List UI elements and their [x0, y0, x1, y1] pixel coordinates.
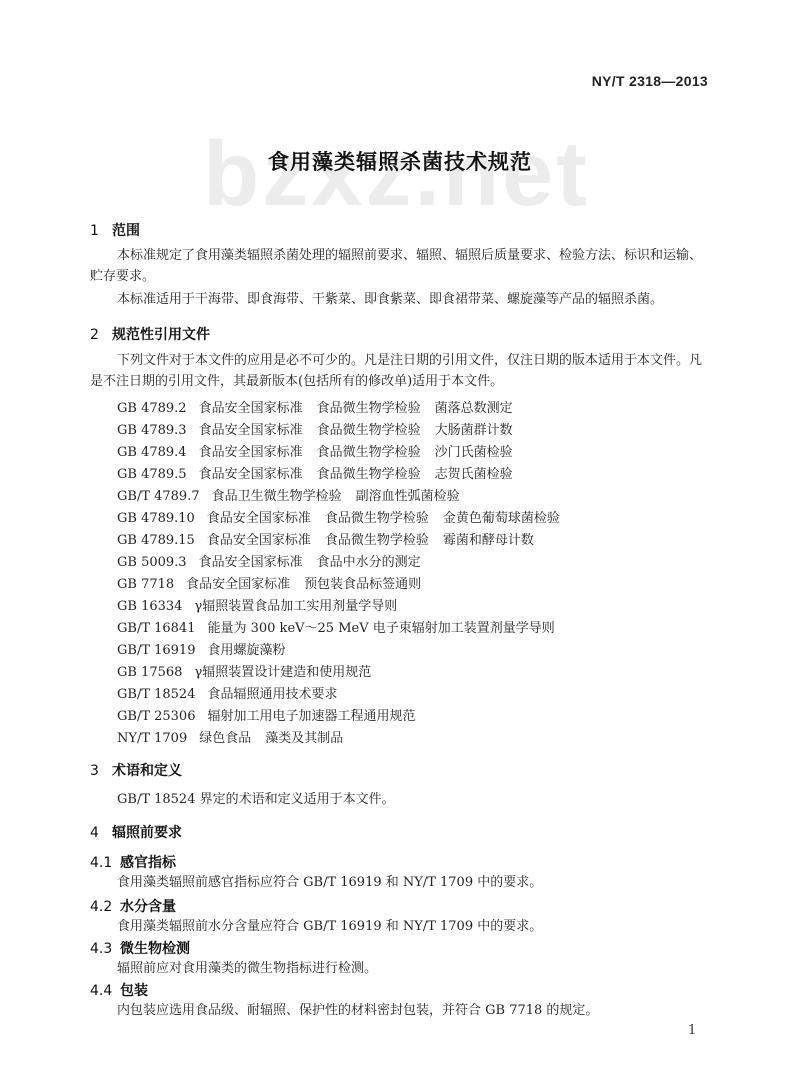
reference-item: NY/T 1709绿色食品藻类及其制品: [117, 727, 357, 746]
reference-item: GB 16334γ辐照装置食品加工实用剂量学导则: [117, 595, 411, 614]
reference-code: GB/T 18524: [117, 687, 195, 702]
subsection-number: 4.3: [90, 941, 120, 957]
reference-title-part: 食品安全国家标准: [199, 555, 303, 570]
reference-title-part: 志贺氏菌检验: [435, 467, 513, 482]
section-2-intro: 下列文件对于本文件的应用是必不可少的。凡是注日期的引用文件，仅注日期的版本适用于…: [90, 350, 710, 392]
subsection-4-1-text: 食用藻类辐照前感官指标应符合 GB/T 16919 和 NY/T 1709 中的…: [117, 872, 707, 893]
subsection-4-1-heading: 4.1感官指标: [90, 852, 176, 872]
reference-title-part: 霉菌和酵母计数: [443, 533, 534, 548]
reference-title-part: 食品安全国家标准: [207, 511, 311, 526]
reference-code: GB 4789.5: [117, 467, 187, 482]
section-3-text: GB/T 18524 界定的术语和定义适用于本文件。: [117, 789, 707, 810]
subsection-number: 4.1: [90, 855, 120, 871]
reference-title-part: 食品卫生微生物学检验: [212, 489, 342, 504]
reference-title-part: 食品微生物学检验: [317, 423, 421, 438]
reference-code: GB 16334: [117, 599, 182, 614]
reference-title-part: 食用螺旋藻粉: [207, 643, 285, 658]
reference-title-part: 食品安全国家标准: [199, 401, 303, 416]
reference-title-part: 食品安全国家标准: [199, 467, 303, 482]
section-number: 4: [90, 825, 112, 841]
page-number: 1: [688, 1023, 696, 1038]
reference-item: GB/T 16841能量为 300 keV～25 MeV 电子束辐射加工装置剂量…: [117, 617, 569, 636]
reference-title-part: 沙门氏菌检验: [435, 445, 513, 460]
reference-title-part: 食品安全国家标准: [207, 533, 311, 548]
reference-item: GB 4789.10食品安全国家标准食品微生物学检验金黄色葡萄球菌检验: [117, 507, 574, 526]
reference-title-part: 预包装食品标签通则: [304, 577, 421, 592]
standard-code: NY/T 2318—2013: [578, 73, 708, 89]
reference-code: GB/T 4789.7: [117, 489, 200, 504]
reference-item: GB 17568γ辐照装置设计建造和使用规范: [117, 661, 385, 680]
reference-title-part: 藻类及其制品: [265, 731, 343, 746]
reference-item: GB 4789.4食品安全国家标准食品微生物学检验沙门氏菌检验: [117, 441, 527, 460]
section-title: 辐照前要求: [112, 825, 182, 841]
reference-title-part: 副溶血性弧菌检验: [356, 489, 460, 504]
reference-title-part: 食品微生物学检验: [325, 533, 429, 548]
section-1-paragraph-2: 本标准适用于干海带、即食海带、干紫菜、即食紫菜、即食裙带菜、螺旋藻等产品的辐照杀…: [90, 289, 710, 310]
subsection-number: 4.4: [90, 983, 120, 999]
section-1-paragraph-1: 本标准规定了食用藻类辐照杀菌处理的辐照前要求、辐照、辐照后质量要求、检验方法、标…: [90, 245, 710, 287]
reference-code: GB 5009.3: [117, 555, 187, 570]
section-2-heading: 2规范性引用文件: [90, 324, 210, 344]
reference-item: GB/T 25306辐射加工用电子加速器工程通用规范: [117, 705, 430, 724]
reference-title-part: 食品安全国家标准: [186, 577, 290, 592]
subsection-4-4-heading: 4.4包装: [90, 980, 148, 1000]
reference-title-part: γ辐照装置设计建造和使用规范: [194, 665, 371, 680]
reference-item: GB 4789.3食品安全国家标准食品微生物学检验大肠菌群计数: [117, 419, 527, 438]
section-title: 范围: [112, 223, 140, 239]
reference-item: GB/T 16919食用螺旋藻粉: [117, 639, 300, 658]
reference-item: GB 7718食品安全国家标准预包装食品标签通则: [117, 573, 435, 592]
reference-code: GB 4789.10: [117, 511, 195, 526]
subsection-title: 包装: [120, 983, 148, 999]
reference-code: NY/T 1709: [117, 731, 187, 746]
subsection-title: 微生物检测: [120, 941, 190, 957]
reference-item: GB 5009.3食品安全国家标准食品中水分的测定: [117, 551, 435, 570]
reference-item: GB 4789.2食品安全国家标准食品微生物学检验菌落总数测定: [117, 397, 527, 416]
reference-code: GB 17568: [117, 665, 182, 680]
subsection-title: 水分含量: [120, 899, 176, 915]
section-3-heading: 3术语和定义: [90, 760, 182, 780]
section-number: 3: [90, 763, 112, 779]
subsection-4-4-text: 内包装应选用食品级、耐辐照、保护性的材料密封包装，并符合 GB 7718 的规定…: [117, 1000, 707, 1021]
reference-code: GB/T 25306: [117, 709, 195, 724]
subsection-4-3-heading: 4.3微生物检测: [90, 938, 190, 958]
reference-title-part: 食品辐照通用技术要求: [207, 687, 337, 702]
reference-title-part: 食品中水分的测定: [317, 555, 421, 570]
reference-code: GB 4789.4: [117, 445, 187, 460]
reference-title-part: 食品微生物学检验: [317, 401, 421, 416]
reference-title-part: 金黄色葡萄球菌检验: [443, 511, 560, 526]
reference-title-part: 菌落总数测定: [435, 401, 513, 416]
reference-item: GB 4789.5食品安全国家标准食品微生物学检验志贺氏菌检验: [117, 463, 527, 482]
reference-code: GB 7718: [117, 577, 174, 592]
reference-title-part: 大肠菌群计数: [435, 423, 513, 438]
reference-code: GB 4789.15: [117, 533, 195, 548]
reference-item: GB 4789.15食品安全国家标准食品微生物学检验霉菌和酵母计数: [117, 529, 548, 548]
subsection-number: 4.2: [90, 899, 120, 915]
document-title: 食用藻类辐照杀菌技术规范: [0, 146, 800, 176]
subsection-4-2-heading: 4.2水分含量: [90, 896, 176, 916]
reference-title-part: 能量为 300 keV～25 MeV 电子束辐射加工装置剂量学导则: [207, 621, 554, 636]
reference-item: GB/T 18524食品辐照通用技术要求: [117, 683, 352, 702]
section-title: 术语和定义: [112, 763, 182, 779]
reference-code: GB 4789.3: [117, 423, 187, 438]
subsection-title: 感官指标: [120, 855, 176, 871]
reference-title-part: γ辐照装置食品加工实用剂量学导则: [194, 599, 397, 614]
reference-title-part: 食品微生物学检验: [317, 467, 421, 482]
reference-code: GB/T 16919: [117, 643, 195, 658]
section-1-heading: 1范围: [90, 220, 140, 240]
section-number: 1: [90, 223, 112, 239]
reference-title-part: 食品微生物学检验: [325, 511, 429, 526]
reference-code: GB/T 16841: [117, 621, 195, 636]
reference-title-part: 食品安全国家标准: [199, 445, 303, 460]
section-number: 2: [90, 327, 112, 343]
subsection-4-2-text: 食用藻类辐照前水分含量应符合 GB/T 16919 和 NY/T 1709 中的…: [117, 916, 707, 937]
reference-item: GB/T 4789.7食品卫生微生物学检验副溶血性弧菌检验: [117, 485, 474, 504]
reference-title-part: 绿色食品: [199, 731, 251, 746]
reference-code: GB 4789.2: [117, 401, 187, 416]
reference-title-part: 食品安全国家标准: [199, 423, 303, 438]
reference-title-part: 食品微生物学检验: [317, 445, 421, 460]
reference-title-part: 辐射加工用电子加速器工程通用规范: [207, 709, 415, 724]
section-4-heading: 4辐照前要求: [90, 822, 182, 842]
subsection-4-3-text: 辐照前应对食用藻类的微生物指标进行检测。: [117, 958, 707, 979]
section-title: 规范性引用文件: [112, 327, 210, 343]
